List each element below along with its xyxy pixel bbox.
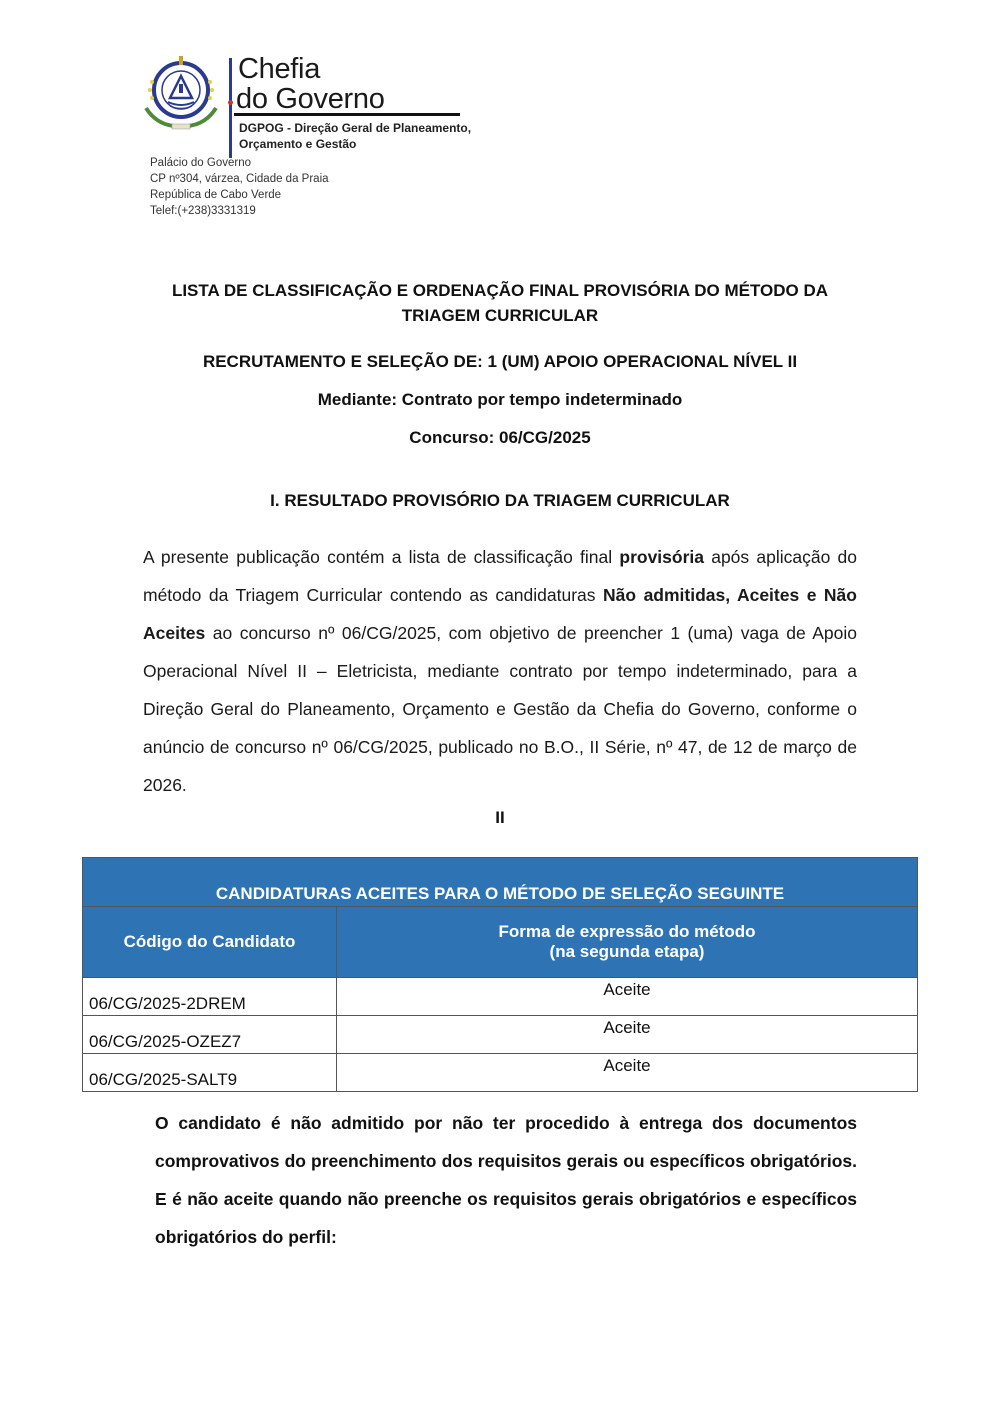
letterhead-divider [229, 58, 232, 158]
column-header-method: Forma de expressão do método (na segunda… [337, 907, 918, 978]
document-title: LISTA DE CLASSIFICAÇÃO E ORDENAÇÃO FINAL… [0, 278, 1000, 328]
table-caption: CANDIDATURAS ACEITES PARA O MÉTODO DE SE… [83, 858, 918, 907]
document-title-text: LISTA DE CLASSIFICAÇÃO E ORDENAÇÃO FINAL… [160, 278, 840, 328]
candidate-status: Aceite [337, 1016, 918, 1054]
candidate-code: 06/CG/2025-SALT9 [83, 1054, 337, 1092]
contest-heading: Concurso: 06/CG/2025 [0, 428, 1000, 448]
department-name: DGPOG - Direção Geral de Planeamento, Or… [239, 120, 479, 152]
eligibility-note: O candidato é não admitido por não ter p… [155, 1104, 857, 1256]
address-line: República de Cabo Verde [150, 187, 329, 203]
table-row: 06/CG/2025-2DREM Aceite [83, 978, 918, 1016]
address-line: Palácio do Governo [150, 155, 329, 171]
intro-paragraph: A presente publicação contém a lista de … [143, 538, 857, 804]
table-row: 06/CG/2025-OZEZ7 Aceite [83, 1016, 918, 1054]
column-header-method-line1: Forma de expressão do método [337, 922, 917, 942]
paragraph-text: A presente publicação contém a lista de … [143, 547, 619, 567]
address-block: Palácio do Governo CP nº304, várzea, Cid… [150, 155, 329, 219]
section-2-heading: II [0, 808, 1000, 828]
coat-of-arms-icon [140, 52, 222, 134]
brand-name-line1: Chefia [238, 54, 320, 84]
candidate-status: Aceite [337, 1054, 918, 1092]
accepted-candidates-table: CANDIDATURAS ACEITES PARA O MÉTODO DE SE… [82, 857, 918, 1092]
section-1-heading: I. RESULTADO PROVISÓRIO DA TRIAGEM CURRI… [0, 491, 1000, 511]
recruitment-heading: RECRUTAMENTO E SELEÇÃO DE: 1 (UM) APOIO … [0, 352, 1000, 372]
letterhead-divider-dot [228, 100, 233, 105]
phone-line: Telef:(+238)3331319 [150, 203, 329, 219]
paragraph-emphasis: provisória [619, 547, 704, 567]
candidate-code: 06/CG/2025-OZEZ7 [83, 1016, 337, 1054]
column-header-method-line2: (na segunda etapa) [337, 942, 917, 962]
brand-name-line2: do Governo [236, 84, 385, 114]
paragraph-text: ao concurso nº 06/CG/2025, com objetivo … [143, 623, 857, 795]
table-row: 06/CG/2025-SALT9 Aceite [83, 1054, 918, 1092]
letterhead-rule [234, 113, 460, 116]
candidate-status: Aceite [337, 978, 918, 1016]
address-line: CP nº304, várzea, Cidade da Praia [150, 171, 329, 187]
contract-heading: Mediante: Contrato por tempo indetermina… [0, 390, 1000, 410]
column-header-code: Código do Candidato [83, 907, 337, 978]
candidate-code: 06/CG/2025-2DREM [83, 978, 337, 1016]
